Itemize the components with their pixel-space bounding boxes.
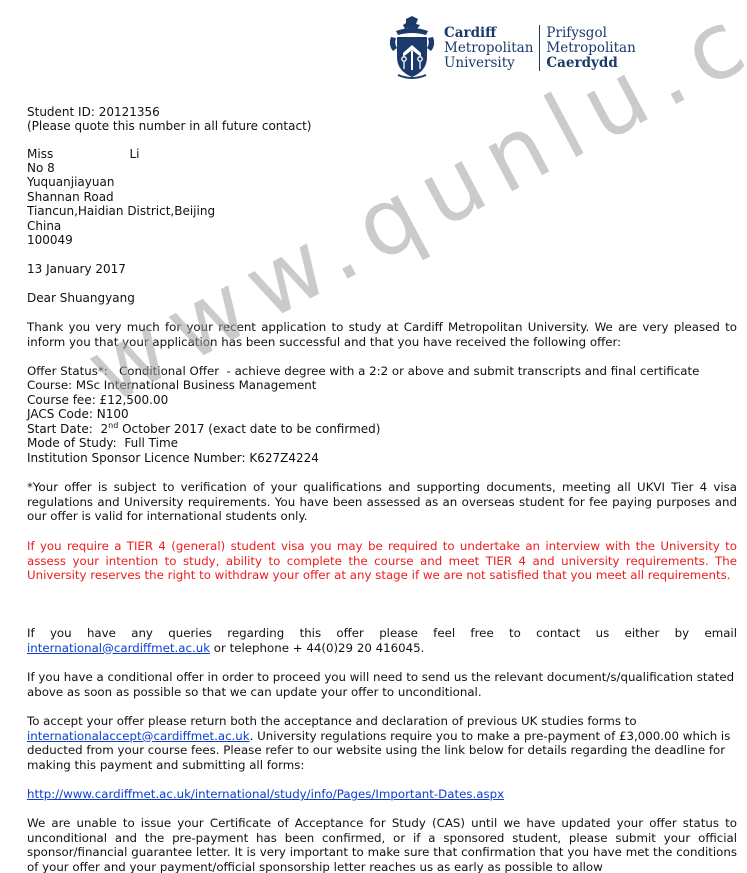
quote-note: (Please quote this number in all future … (27, 119, 311, 134)
intro-paragraph: Thank you very much for your recent appl… (27, 320, 737, 349)
logo-welsh-name: Prifysgol Metropolitan Caerdydd (546, 26, 635, 71)
tier4-warning: If you require a TIER 4 (general) studen… (27, 539, 737, 583)
offer-status: Offer Status*: Conditional Offer - achie… (27, 364, 699, 379)
accept-paragraph: To accept your offer please return both … (27, 714, 737, 772)
student-id: Student ID: 20121356 (27, 105, 160, 120)
address-line: Tiancun,Haidian District,Beijing (27, 204, 215, 219)
letter-date: 13 January 2017 (27, 262, 126, 277)
offer-jacs: JACS Code: N100 (27, 407, 129, 422)
offer-letter-page: Cardiff Metropolitan University Prifysgo… (0, 0, 747, 873)
verification-note: *Your offer is subject to verification o… (27, 480, 737, 524)
cas-paragraph: We are unable to issue your Certificate … (27, 816, 737, 873)
address-line: Shannan Road (27, 190, 114, 205)
offer-course: Course: MSc International Business Manag… (27, 378, 316, 393)
crest-icon (388, 15, 436, 81)
conditional-note: If you have a conditional offer in order… (27, 670, 737, 699)
address-line: China (27, 219, 61, 234)
logo-english-name: Cardiff Metropolitan University (444, 26, 533, 71)
offer-licence: Institution Sponsor Licence Number: K627… (27, 451, 319, 466)
greeting: Dear Shuangyang (27, 291, 135, 306)
address-line: 100049 (27, 233, 73, 248)
accept-email-link[interactable]: internationalaccept@cardiffmet.ac.uk (27, 729, 250, 743)
university-logo: Cardiff Metropolitan University Prifysgo… (388, 12, 636, 84)
offer-fee: Course fee: £12,500.00 (27, 393, 168, 408)
contact-email-link[interactable]: international@cardiffmet.ac.uk (27, 641, 210, 655)
offer-start-date: Start Date: 2nd October 2017 (exact date… (27, 422, 380, 437)
important-dates-link[interactable]: http://www.cardiffmet.ac.uk/internationa… (27, 787, 504, 801)
important-dates-link-row: http://www.cardiffmet.ac.uk/internationa… (27, 787, 504, 802)
address-line: No 8 (27, 161, 55, 176)
logo-divider (539, 25, 540, 71)
recipient-name: Miss Li (27, 147, 140, 162)
offer-mode: Mode of Study: Full Time (27, 436, 178, 451)
contact-paragraph: If you have any queries regarding this o… (27, 626, 737, 655)
address-line: Yuquanjiayuan (27, 175, 114, 190)
